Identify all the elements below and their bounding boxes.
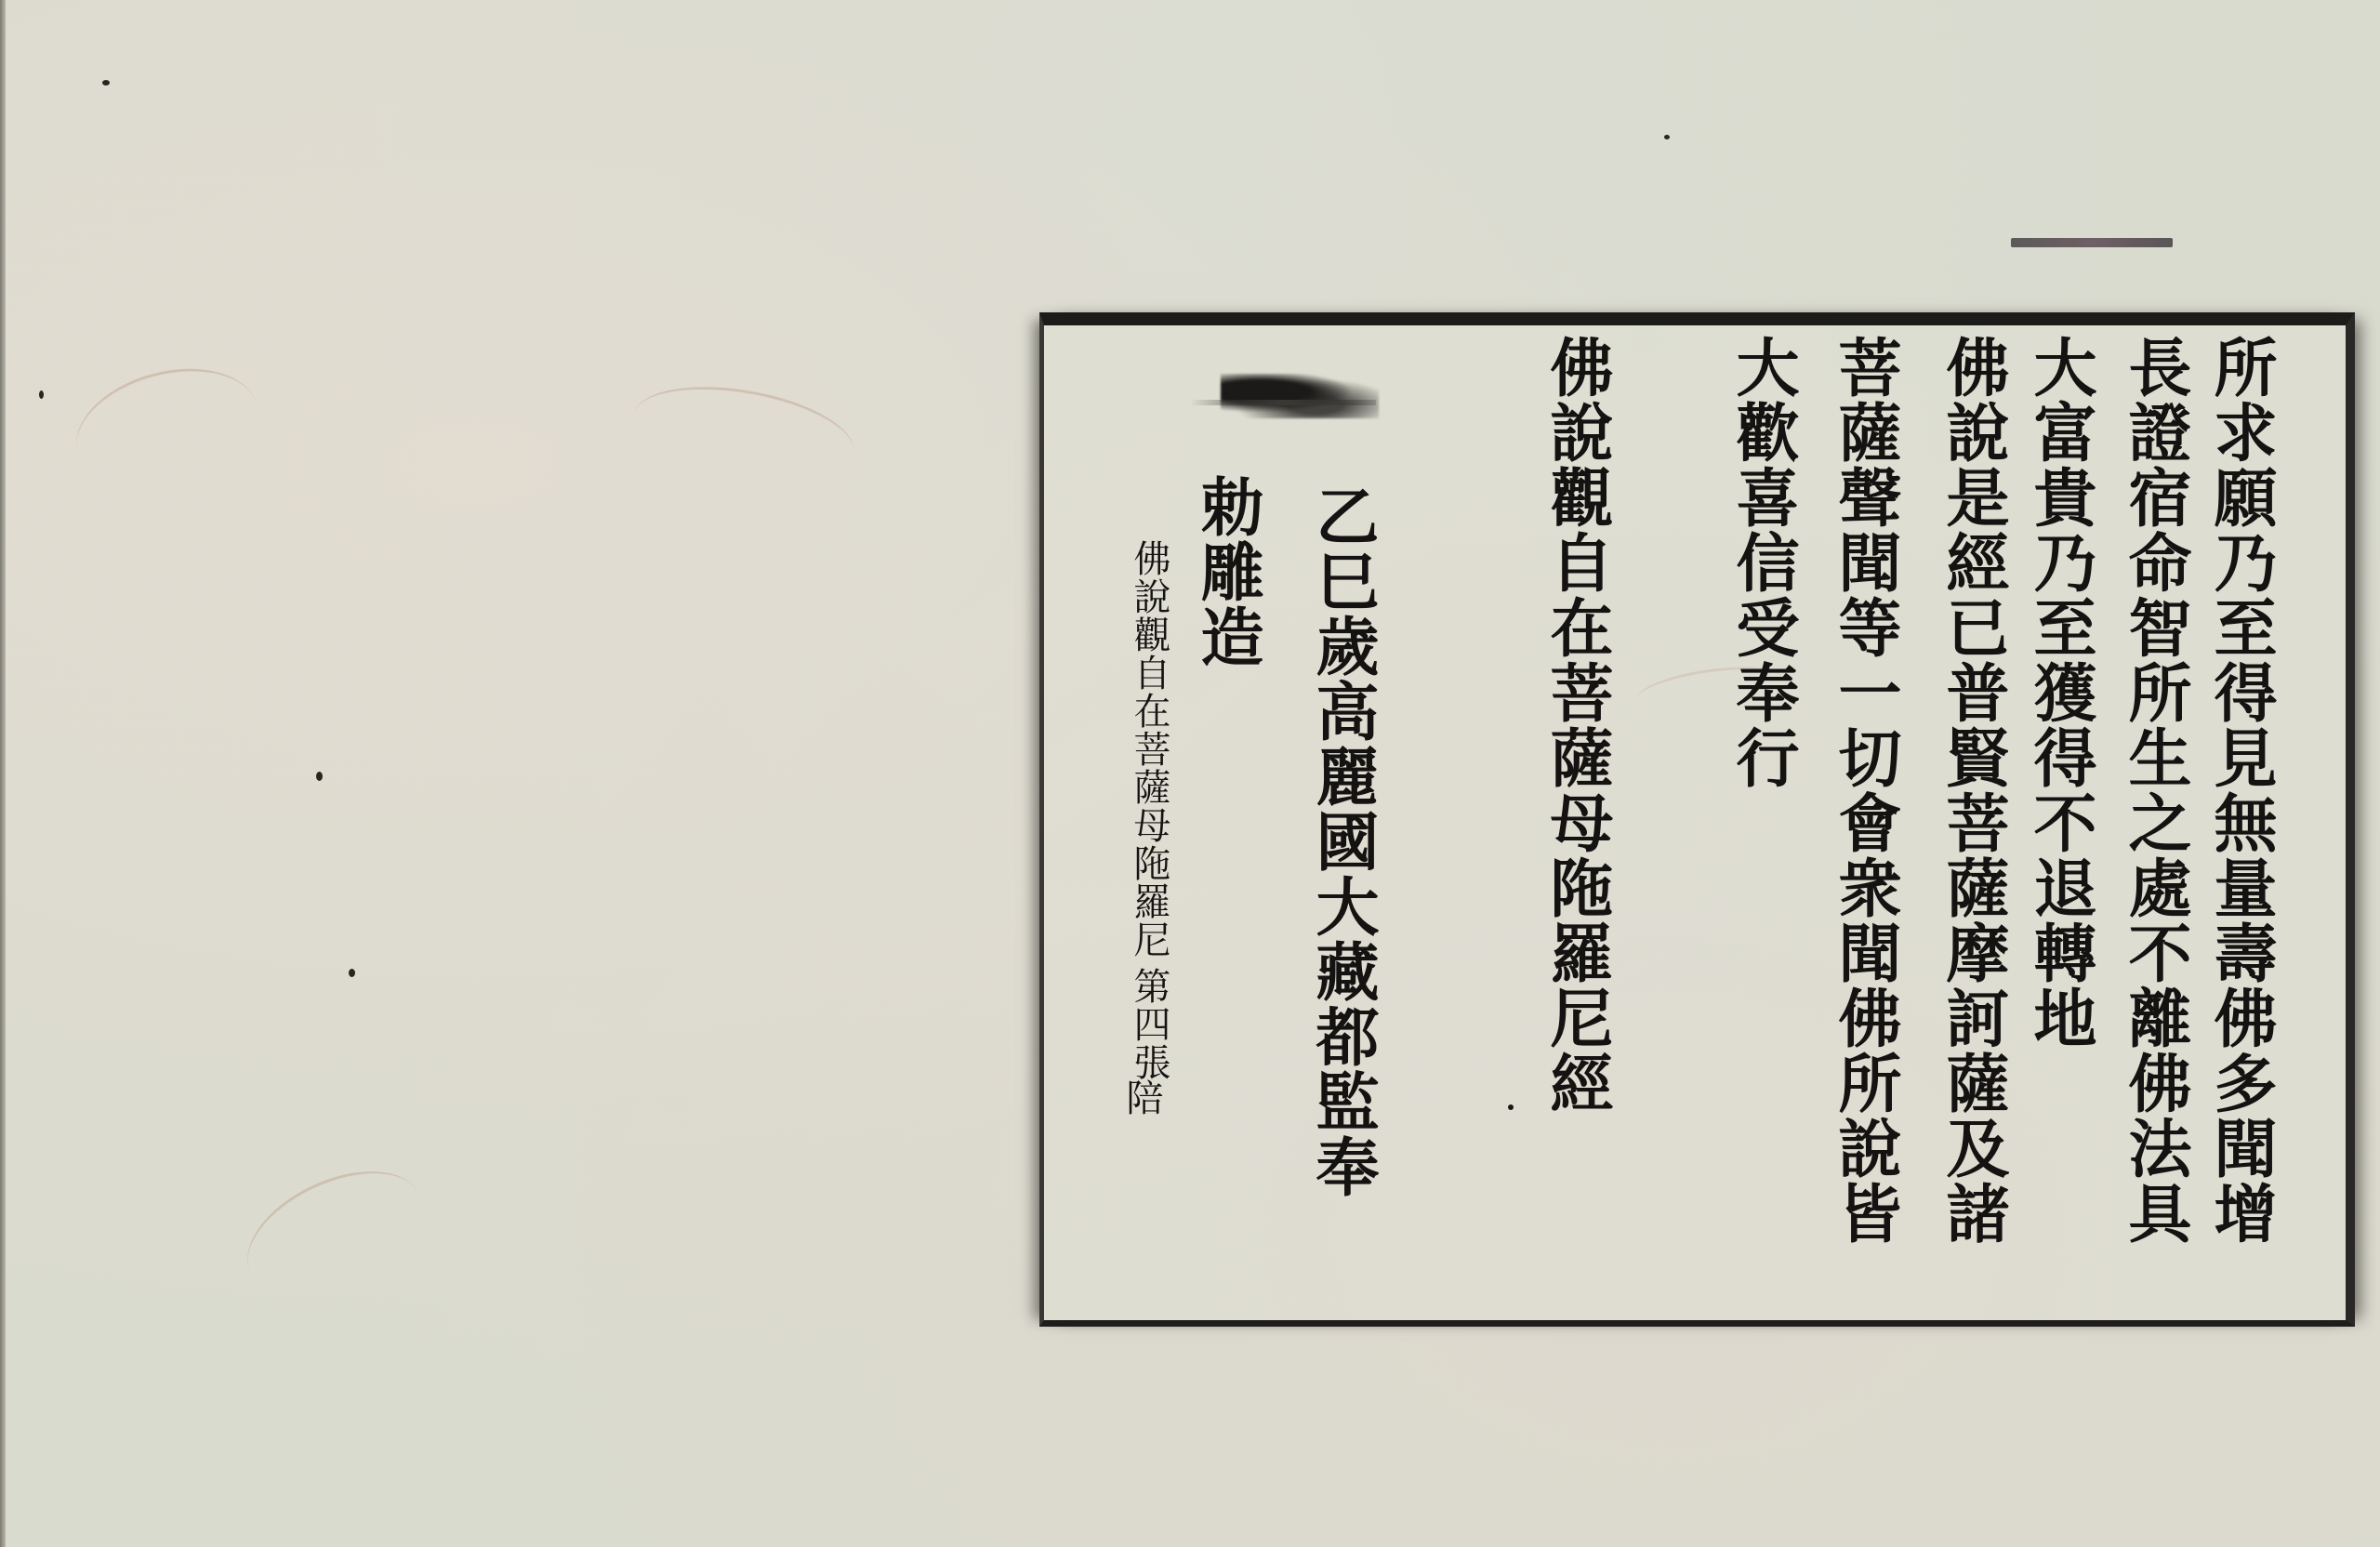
text-column-4: 佛說是經已普賢菩薩摩訶薩及諸 — [1941, 335, 2004, 1246]
binding-edge — [0, 0, 6, 1547]
text-column-1: 所求願乃至得見無量壽佛多聞增 — [2209, 335, 2272, 1246]
colophon-date-line: 乙巳歲高麗國大藏都監奉 — [1311, 483, 1374, 1199]
ink-dot — [1508, 1104, 1514, 1110]
ink-speck — [39, 390, 44, 399]
text-column-3: 大富貴乃至獲得不退轉地 — [2029, 335, 2092, 1051]
case-mark-label: 陪 — [1123, 1078, 1160, 1117]
text-column-5: 菩薩聲聞等一切會衆聞佛所說皆 — [1833, 335, 1897, 1246]
paper-background: 所求願乃至得見無量壽佛多聞增 長證宿命智所生之處不離佛法具 大富貴乃至獲得不退轉… — [0, 0, 2380, 1547]
ink-blot-tail — [1190, 400, 1376, 405]
page-mark-line — [2011, 238, 2173, 247]
ink-speck — [102, 80, 110, 86]
ink-speck — [316, 772, 323, 781]
margin-title-label: 佛說觀自在菩薩母陁羅尼 — [1130, 539, 1168, 959]
sutra-title-column: 佛說觀自在菩薩母陁羅尼經 — [1545, 335, 1608, 1116]
paper-fiber — [62, 350, 271, 509]
text-column-6: 大歡喜信受奉行 — [1731, 335, 1794, 790]
colophon-edict-line: 勅雕造 — [1196, 474, 1259, 669]
sheet-number-label: 第四張 — [1130, 967, 1168, 1081]
ink-speck — [1664, 135, 1670, 139]
text-column-2: 長證宿命智所生之處不離佛法具 — [2123, 335, 2187, 1246]
paper-fiber — [228, 1146, 441, 1320]
ink-speck — [349, 969, 355, 977]
paper-fiber — [627, 372, 862, 496]
ink-blot-ornament — [1221, 374, 1379, 418]
